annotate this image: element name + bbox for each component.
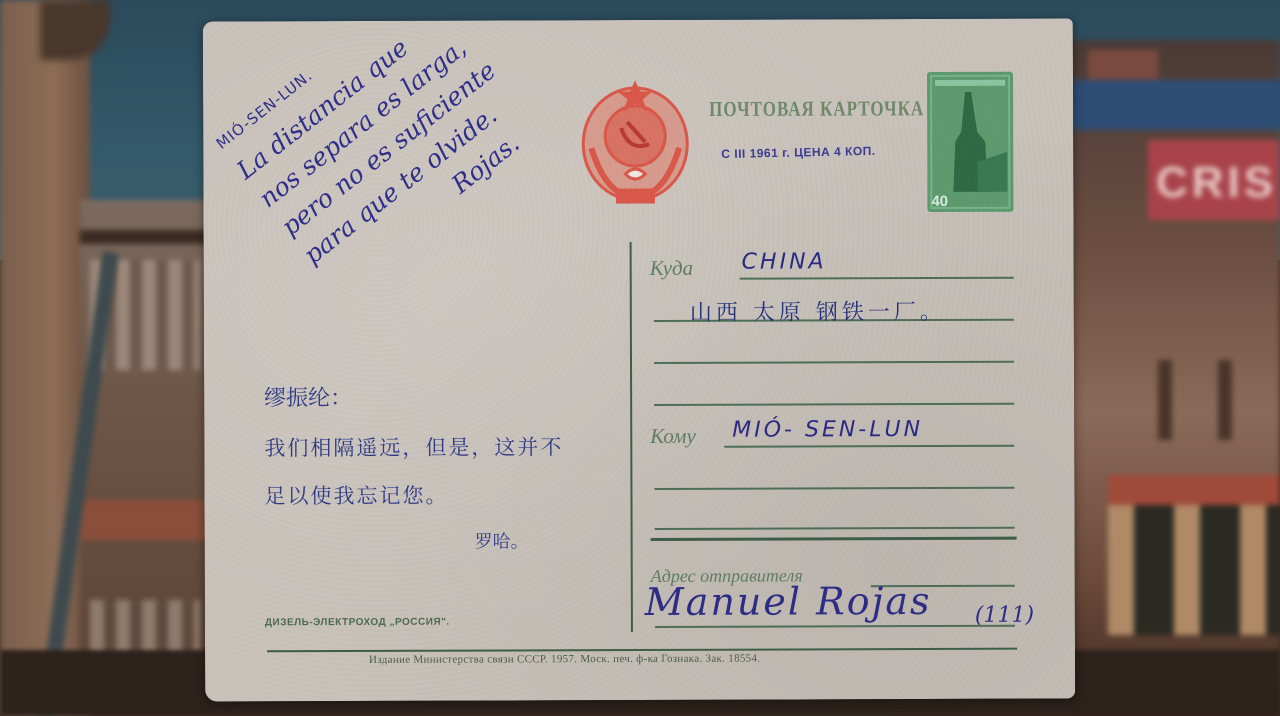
kremlin-tower-stamp-icon xyxy=(927,72,1013,212)
red-band xyxy=(80,500,210,540)
chinese-line: 我们相隔遥远，但是，这并不 xyxy=(264,431,563,462)
address-line xyxy=(655,625,1015,628)
sender-name: Manuel Rojas xyxy=(645,579,932,624)
address-line xyxy=(654,361,1014,364)
publisher-imprint: Издание Министерства связи СССР. 1957. М… xyxy=(369,653,760,666)
chinese-line: 足以使我忘记您。 xyxy=(264,479,563,510)
storefront-columns xyxy=(1108,505,1280,635)
address-block-rule xyxy=(651,537,1017,541)
picture-caption: ДИЗЕЛЬ-ЭЛЕКТРОХОД „РОССИЯ". xyxy=(265,617,450,629)
spanish-message: MIÓ-SEN-LUN. La distancia que nos separa… xyxy=(207,18,631,301)
to-whom-value: MIÓ- SEN-LUN xyxy=(732,417,923,443)
building-right: CRIS xyxy=(1068,40,1280,716)
to-where-value: CHINA xyxy=(742,249,827,274)
rooftop-sign xyxy=(1088,50,1158,80)
shop-awning xyxy=(1108,475,1280,505)
to-where-label: Куда xyxy=(650,256,694,281)
address-line xyxy=(654,403,1014,406)
postage-stamp: 40 xyxy=(927,72,1013,212)
cornice xyxy=(80,230,210,244)
postcard: ПОЧТОВАЯ КАРТОЧКА С III 1961 г. ЦЕНА 4 К… xyxy=(203,18,1075,701)
sender-code: (111) xyxy=(975,603,1034,628)
address-line xyxy=(655,527,1015,530)
red-shop-sign: CRIS xyxy=(1148,140,1280,220)
shop-sign-text: CRIS xyxy=(1156,158,1277,208)
chinese-message: 缪振纶： 我们相隔遥远，但是，这并不 足以使我忘记您。 罗哈。 xyxy=(264,380,564,554)
price-overprint: С III 1961 г. ЦЕНА 4 КОП. xyxy=(721,144,876,161)
address-line xyxy=(740,277,1014,280)
vertical-divider xyxy=(630,242,633,632)
card-title: ПОЧТОВАЯ КАРТОЧКА xyxy=(709,97,924,123)
chinese-greeting: 缪振纶： xyxy=(264,380,563,412)
building-left-near xyxy=(0,0,90,716)
footer-rule xyxy=(267,648,1017,653)
address-line xyxy=(654,487,1014,490)
to-whom-label: Кому xyxy=(650,424,696,449)
stamp-value: 40 xyxy=(931,193,948,210)
to-where-line2: 山西 太原 钢铁一厂。 xyxy=(690,295,946,327)
arched-windows xyxy=(1138,360,1258,440)
chinese-signature: 罗哈。 xyxy=(265,527,564,554)
blue-sign xyxy=(1068,80,1280,130)
address-line xyxy=(724,445,1014,448)
